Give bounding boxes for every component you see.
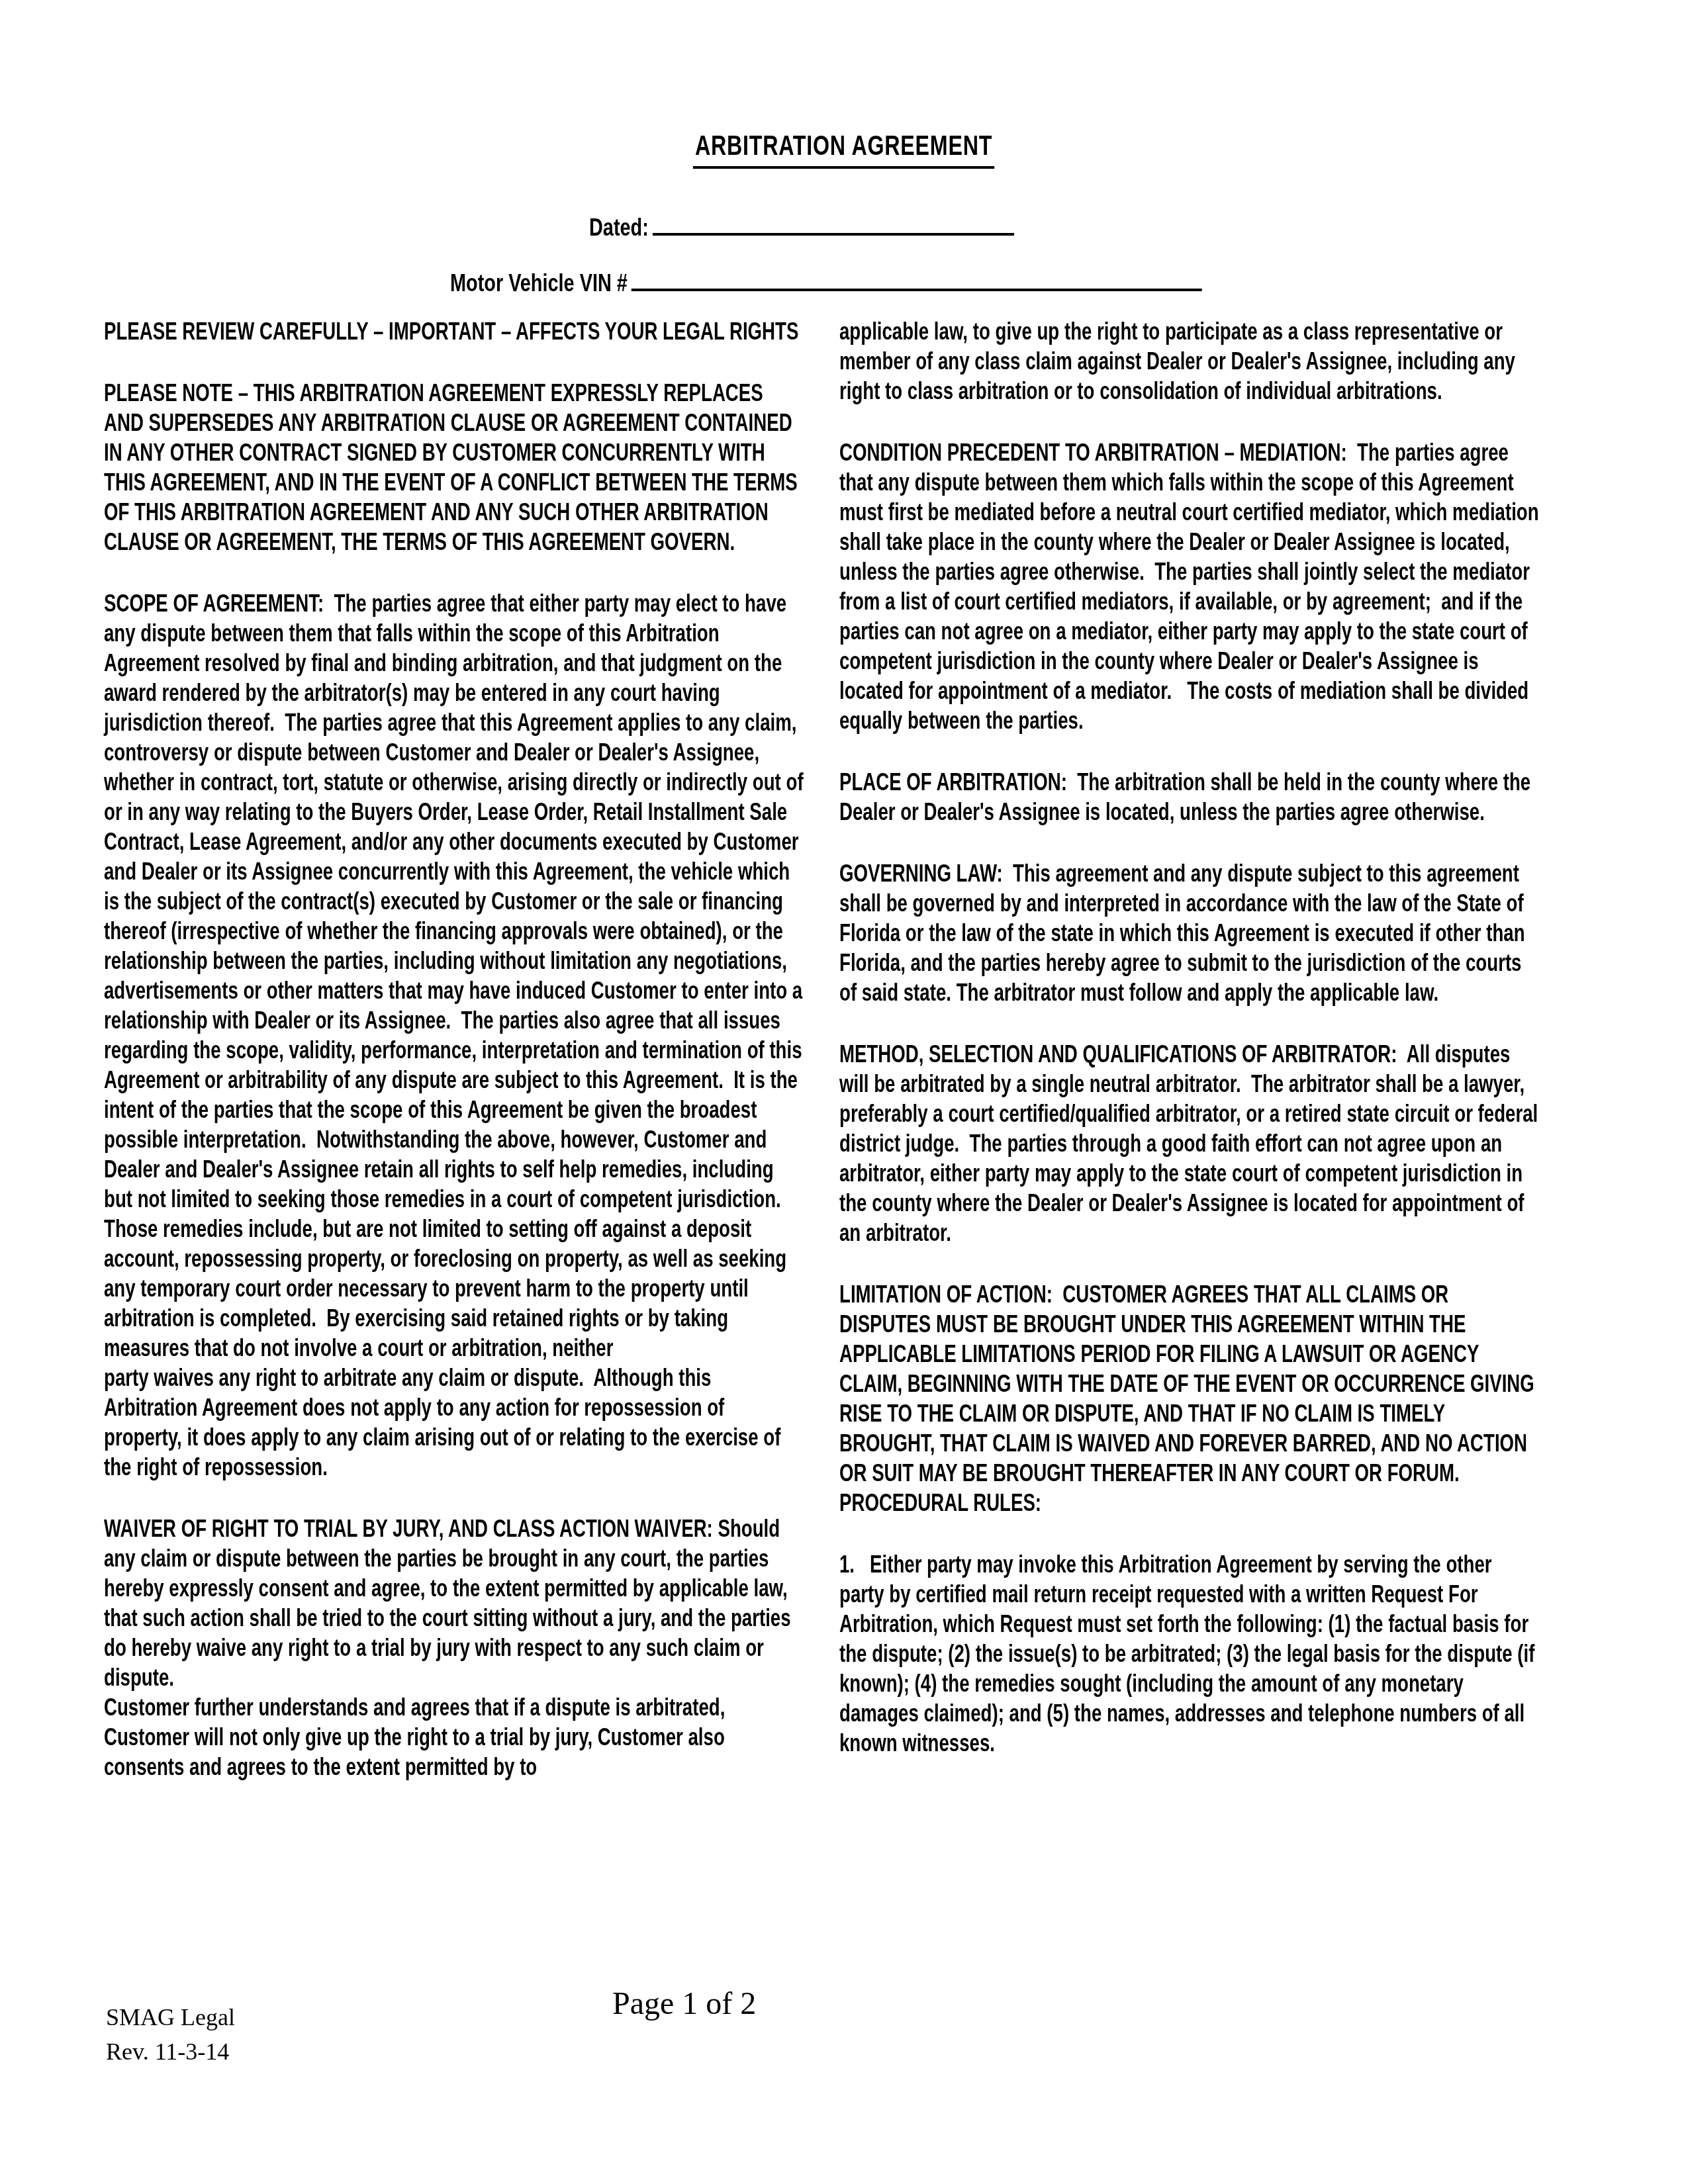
vin-blank-line	[632, 265, 1202, 291]
dated-row: Dated:	[589, 209, 1014, 242]
left-column: PLEASE REVIEW CAREFULLY – IMPORTANT – AF…	[104, 316, 806, 1813]
paragraph: PLEASE REVIEW CAREFULLY – IMPORTANT – AF…	[104, 316, 806, 346]
left-column-text: PLEASE REVIEW CAREFULLY – IMPORTANT – AF…	[104, 316, 806, 1782]
paragraph: WAIVER OF RIGHT TO TRIAL BY JURY, AND CL…	[104, 1514, 806, 1782]
page-title: ARBITRATION AGREEMENT	[693, 130, 994, 169]
page-number: Page 1 of 2	[612, 1985, 756, 2022]
paragraph: SCOPE OF AGREEMENT: The parties agree th…	[104, 588, 806, 1482]
paragraph: 1. Either party may invoke this Arbitrat…	[839, 1549, 1542, 1758]
paragraph: METHOD, SELECTION AND QUALIFICATIONS OF …	[839, 1039, 1542, 1248]
vin-row: Motor Vehicle VIN #	[450, 265, 1202, 297]
paragraph: PLEASE NOTE – THIS ARBITRATION AGREEMENT…	[104, 378, 806, 557]
paragraph: LIMITATION OF ACTION: CUSTOMER AGREES TH…	[839, 1279, 1542, 1518]
dated-label: Dated:	[589, 214, 649, 241]
paragraph: CONDITION PRECEDENT TO ARBITRATION – MED…	[839, 437, 1542, 735]
right-column-text: applicable law, to give up the right to …	[839, 316, 1542, 1758]
right-column: applicable law, to give up the right to …	[839, 316, 1541, 1790]
paragraph: applicable law, to give up the right to …	[839, 316, 1542, 406]
dated-blank-line	[653, 209, 1014, 236]
paragraph: GOVERNING LAW: This agreement and any di…	[839, 858, 1542, 1007]
paragraph: PLACE OF ARBITRATION: The arbitration sh…	[839, 767, 1542, 827]
footer-revision: Rev. 11-3-14	[106, 2034, 235, 2069]
document-page: ARBITRATION AGREEMENT Dated: Motor Vehic…	[0, 0, 1688, 2184]
title-row: ARBITRATION AGREEMENT	[0, 130, 1688, 169]
footer-left: SMAG Legal Rev. 11-3-14	[106, 2000, 235, 2069]
footer-org: SMAG Legal	[106, 2000, 235, 2034]
vin-label: Motor Vehicle VIN #	[450, 269, 628, 296]
